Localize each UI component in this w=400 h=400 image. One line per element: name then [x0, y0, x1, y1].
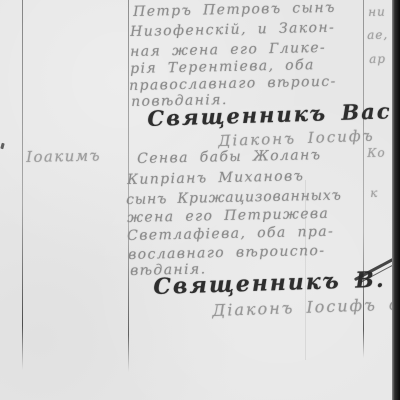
stray-ink-mark — [0, 143, 4, 150]
handwritten-line: сынъ Крижацизованныхъ — [126, 187, 342, 208]
handwritten-line: Кипріанъ Михановъ — [127, 168, 304, 188]
child-name: Іоакимъ — [26, 146, 101, 166]
margin-fragment: ар — [369, 52, 386, 66]
handwritten-line: Низофенскій, и Закон- — [130, 20, 335, 40]
column-rule-left — [22, 0, 23, 370]
handwritten-line: жена его Петрижева — [127, 206, 329, 226]
margin-fragment: ае, — [367, 28, 388, 42]
margin-fragment: к — [370, 186, 378, 200]
handwritten-line: Светлафіева, оба пра- — [127, 224, 334, 244]
scan-edge-bar — [392, 0, 400, 400]
document-page: Іоакимъ Петръ Петровъ сынъ Низофенскій, … — [0, 0, 400, 400]
handwritten-line: Сенва бабы Жоланъ — [137, 147, 322, 167]
deacon-signature: Діаконъ Іосифъ — [218, 127, 375, 150]
margin-fragment: ни — [368, 5, 386, 19]
handwritten-line: вославнаго вѣроиспо- — [128, 243, 326, 263]
margin-fragment: Ко — [367, 146, 386, 160]
handwritten-line: православнаго вѣроис- — [129, 74, 337, 94]
handwritten-line: Петръ Петровъ сынъ — [133, 0, 336, 20]
deacon-signature: Діаконъ Іосифъ о — [212, 294, 400, 320]
